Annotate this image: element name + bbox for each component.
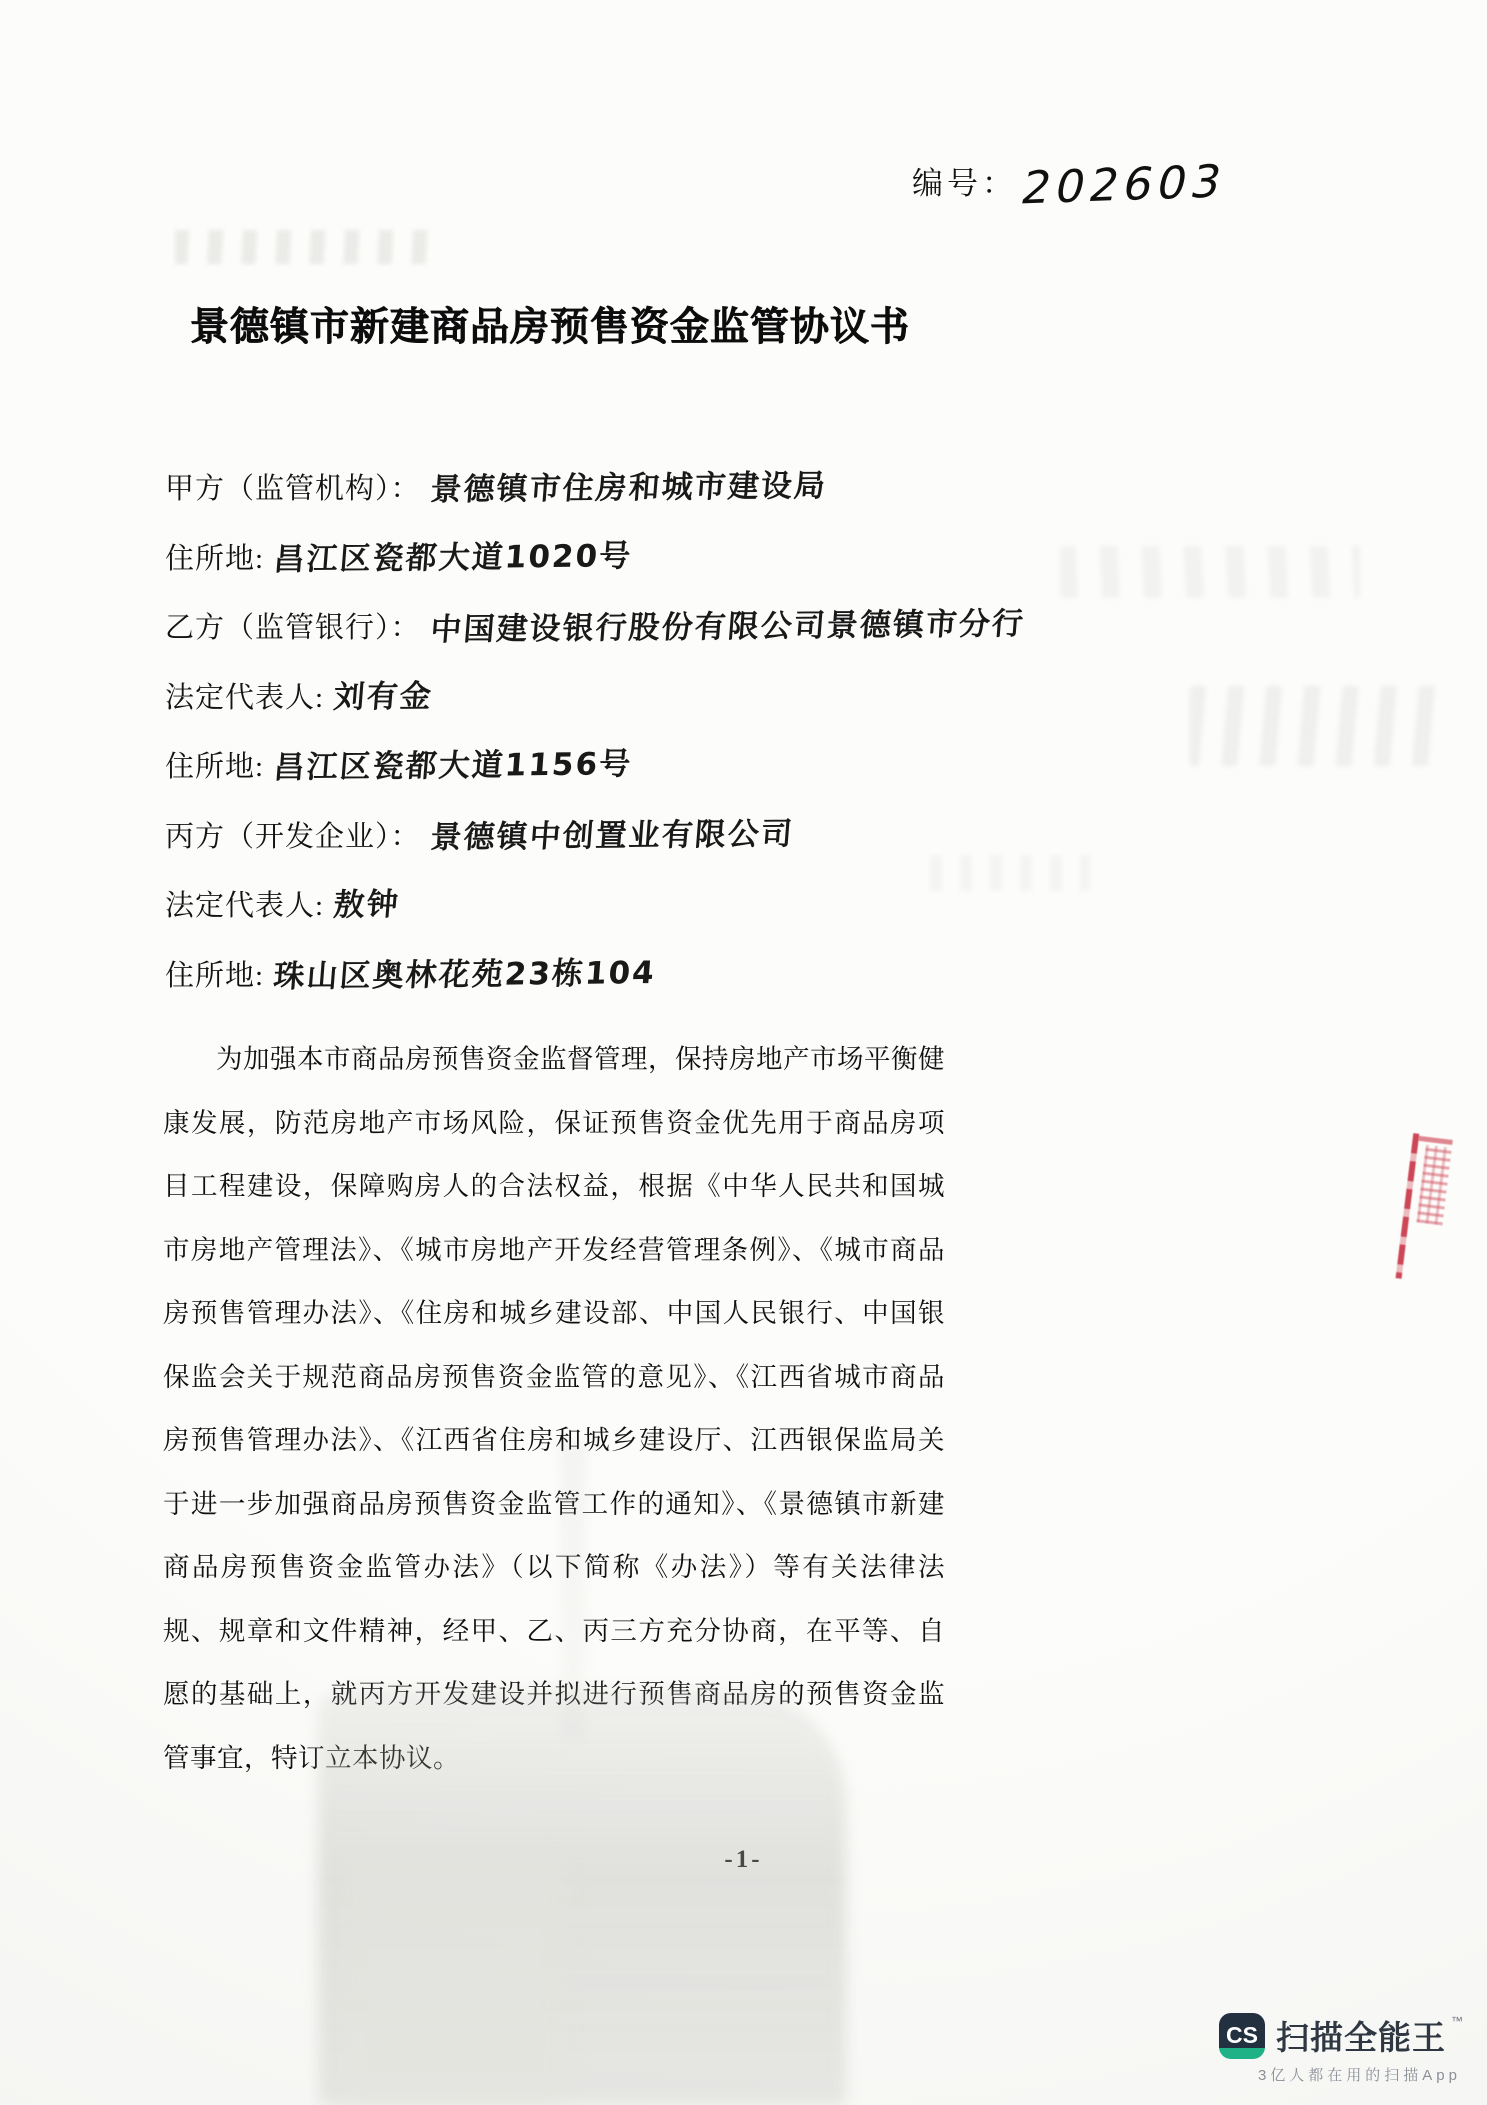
doc-number-label: 编号： (912, 166, 1017, 201)
party-label: 住所地: (165, 953, 264, 994)
party-line-legal-rep-bingfang: 法定代表人: 敖钟 (165, 879, 1215, 949)
party-line-bingfang: 丙方（开发企业）： 景德镇中创置业有限公司 (165, 810, 1215, 880)
red-stamp-border (1396, 1133, 1420, 1279)
party-value-handwritten: 刘有金 (332, 670, 435, 716)
trademark-symbol: ™ (1451, 2014, 1463, 2028)
doc-number-line: 编号：202603 (912, 158, 1225, 211)
party-value-handwritten: 敖钟 (332, 879, 402, 925)
document-title: 景德镇市新建商品房预售资金监管协议书 (150, 296, 950, 352)
party-line-jiafang: 甲方（监管机构）： 景德镇市住房和城市建设局 (165, 462, 1215, 532)
party-line-address-yifang: 住所地: 昌江区瓷都大道1156号 (165, 740, 1215, 810)
party-label: 法定代表人: (165, 675, 324, 716)
party-line-address-bingfang: 住所地: 珠山区奥林花苑23栋104 (165, 949, 1215, 1019)
party-label: 住所地: (165, 744, 264, 785)
scanned-document-page: 编号：202603 景德镇市新建商品房预售资金监管协议书 甲方（监管机构）： 景… (0, 0, 1487, 2105)
party-value-handwritten: 昌江区瓷都大道1020号 (272, 530, 634, 579)
party-label: 甲方（监管机构）： (165, 466, 421, 507)
party-value-handwritten: 中国建设银行股份有限公司景德镇市分行 (429, 598, 1027, 649)
scan-smudge (1190, 686, 1440, 766)
red-stamp-glyphs (1417, 1145, 1452, 1226)
camscanner-logo-text: CS (1226, 2022, 1258, 2049)
scan-shadow-inner (345, 1858, 565, 2105)
preamble-paragraph: 为加强本市商品房预售资金监督管理，保持房地产市场平衡健康发展，防范房地产市场风险… (163, 1028, 945, 1790)
party-label: 丙方（开发企业）： (165, 814, 421, 855)
party-value-handwritten: 珠山区奥林花苑23栋104 (272, 947, 658, 996)
red-stamp-border (1418, 1136, 1452, 1145)
party-value-handwritten: 昌江区瓷都大道1156号 (272, 738, 634, 787)
camscanner-watermark-row: CS 扫描全能王 ™ (1219, 2012, 1463, 2059)
party-info-block: 甲方（监管机构）： 景德镇市住房和城市建设局 住所地: 昌江区瓷都大道1020号… (165, 462, 1215, 1018)
page-number: -1- (0, 1846, 1487, 1874)
party-label: 乙方（监管银行）： (165, 605, 421, 646)
camscanner-tagline: 3亿人都在用的扫描App (1258, 2064, 1461, 2085)
scan-smudge (175, 230, 440, 264)
party-label: 住所地: (165, 536, 264, 577)
party-line-yifang: 乙方（监管银行）： 中国建设银行股份有限公司景德镇市分行 (165, 601, 1215, 671)
party-label: 法定代表人: (165, 883, 324, 924)
camscanner-logo-icon: CS (1219, 2013, 1265, 2059)
doc-number-value-handwritten: 202603 (1017, 154, 1232, 214)
party-value-handwritten: 景德镇中创置业有限公司 (429, 808, 796, 857)
party-line-address-jiafang: 住所地: 昌江区瓷都大道1020号 (165, 532, 1215, 602)
red-stamp-fragment (1387, 1132, 1477, 1290)
party-value-handwritten: 景德镇市住房和城市建设局 (429, 460, 829, 509)
party-line-legal-rep-yifang: 法定代表人: 刘有金 (165, 671, 1215, 741)
camscanner-app-name: 扫描全能王 (1276, 2012, 1446, 2059)
camscanner-watermark: CS 扫描全能王 ™ 3亿人都在用的扫描App (1219, 2012, 1463, 2085)
